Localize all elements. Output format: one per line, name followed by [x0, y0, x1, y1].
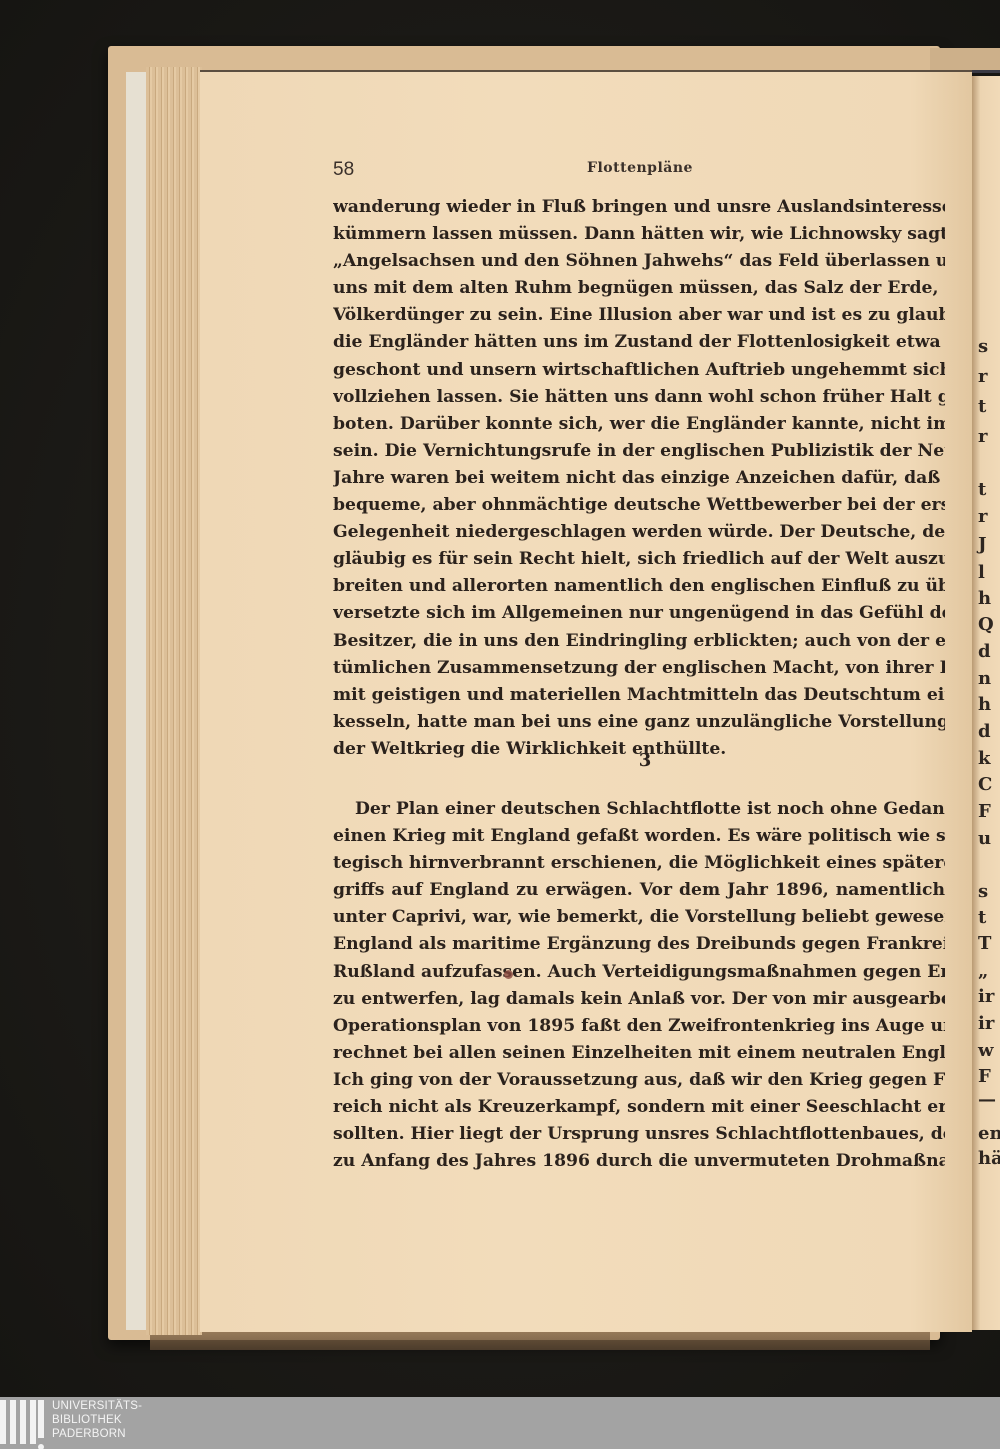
adjacent-page-fragment: h	[978, 694, 991, 715]
text-line: zu Anfang des Jahres 1896 durch die unve…	[333, 1148, 945, 1175]
text-line: boten. Darüber konnte sich, wer die Engl…	[333, 411, 945, 438]
text-line: vollziehen lassen. Sie hätten uns dann w…	[333, 384, 945, 411]
adjacent-page-fragment: d	[978, 721, 991, 742]
adjacent-page-fragment: r	[978, 506, 987, 527]
text-line: Der Plan einer deutschen Schlachtflotte …	[333, 796, 945, 823]
adjacent-page-fragment: t	[978, 396, 986, 417]
adjacent-page-gutter: srtrtrJlhQdnhdkCFustT„irirwF—enhä	[972, 76, 1000, 1330]
text-line: wanderung wieder in Fluß bringen und uns…	[333, 194, 945, 221]
text-line: griffs auf England zu erwägen. Vor dem J…	[333, 877, 945, 904]
text-line: Besitzer, die in uns den Eindringling er…	[333, 628, 945, 655]
section-number: 3	[620, 750, 670, 771]
endpaper	[126, 72, 148, 1330]
adjacent-page-fragment: r	[978, 426, 987, 447]
text-line: England als maritime Ergänzung des Dreib…	[333, 931, 945, 958]
text-line: Gelegenheit niedergeschlagen werden würd…	[333, 519, 945, 546]
text-line: reich nicht als Kreuzerkampf, sondern mi…	[333, 1094, 945, 1121]
adjacent-page-fragment: en	[978, 1123, 1000, 1144]
text-line: breiten und allerorten namentlich den en…	[333, 573, 945, 600]
adjacent-page-fragment: r	[978, 366, 987, 387]
adjacent-page-fragment: F	[978, 1066, 991, 1087]
adjacent-page-fragment: k	[978, 748, 990, 769]
text-line: sollten. Hier liegt der Ursprung unsres …	[333, 1121, 945, 1148]
paragraph-2: Der Plan einer deutschen Schlachtflotte …	[333, 796, 945, 1175]
text-line: zu entwerfen, lag damals kein Anlaß vor.…	[333, 986, 945, 1013]
text-line: tümlichen Zusammensetzung der englischen…	[333, 655, 945, 682]
library-name-line-1: UNIVERSITÄTS-	[52, 1399, 142, 1413]
adjacent-page-fragment: s	[978, 336, 988, 357]
adjacent-page-fragment: l	[978, 562, 985, 583]
text-line: Rußland aufzufassen. Auch Verteidigungsm…	[333, 959, 945, 986]
text-line: einen Krieg mit England gefaßt worden. E…	[333, 823, 945, 850]
footer-bar: UNIVERSITÄTS- BIBLIOTHEK PADERBORN	[0, 1397, 1000, 1449]
text-line: tegisch hirnverbrannt erschienen, die Mö…	[333, 850, 945, 877]
text-line: versetzte sich im Allgemeinen nur ungenü…	[333, 600, 945, 627]
text-line: rechnet bei allen seinen Einzelheiten mi…	[333, 1040, 945, 1067]
adjacent-page-fragment: J	[978, 534, 987, 555]
text-line: „Angelsachsen und den Söhnen Jahwehs“ da…	[333, 248, 945, 275]
paragraph-1: wanderung wieder in Fluß bringen und uns…	[333, 194, 945, 763]
book-bottom-edge	[150, 1330, 930, 1350]
library-name-line-3: PADERBORN	[52, 1427, 142, 1441]
adjacent-page-fragment: n	[978, 668, 991, 689]
page-edges	[146, 67, 202, 1335]
adjacent-page-fragment: ir	[978, 986, 994, 1007]
adjacent-page-fragment: hä	[978, 1148, 1000, 1169]
adjacent-page-fragment: h	[978, 588, 991, 609]
text-line: kesseln, hatte man bei uns eine ganz unz…	[333, 709, 945, 736]
paper-stain	[504, 970, 513, 979]
running-head: Flottenpläne	[560, 160, 720, 176]
adjacent-page-fragment: ir	[978, 1013, 994, 1034]
adjacent-page-fragment: Q	[978, 614, 994, 635]
text-line: Operationsplan von 1895 faßt den Zweifro…	[333, 1013, 945, 1040]
text-line: die Engländer hätten uns im Zustand der …	[333, 329, 945, 356]
text-line: sein. Die Vernichtungsrufe in der englis…	[333, 438, 945, 465]
text-line: Völkerdünger zu sein. Eine Illusion aber…	[333, 302, 945, 329]
text-line: bequeme, aber ohnmächtige deutsche Wettb…	[333, 492, 945, 519]
text-line: mit geistigen und materiellen Machtmitte…	[333, 682, 945, 709]
adjacent-page-fragment: T	[978, 933, 991, 954]
library-logo-icon	[0, 1400, 46, 1446]
adjacent-page-fragment: t	[978, 907, 986, 928]
text-line: gläubig es für sein Recht hielt, sich fr…	[333, 546, 945, 573]
page-number: 58	[333, 159, 354, 181]
adjacent-page-fragment: u	[978, 828, 991, 849]
text-line: unter Caprivi, war, wie bemerkt, die Vor…	[333, 904, 945, 931]
text-line: kümmern lassen müssen. Dann hätten wir, …	[333, 221, 945, 248]
text-line: geschont und unsern wirtschaftlichen Auf…	[333, 357, 945, 384]
adjacent-page-fragment: d	[978, 641, 991, 662]
library-name: UNIVERSITÄTS- BIBLIOTHEK PADERBORN	[52, 1399, 142, 1441]
text-line: Jahre waren bei weitem nicht das einzige…	[333, 465, 945, 492]
text-line: uns mit dem alten Ruhm begnügen müssen, …	[333, 275, 945, 302]
text-line: Ich ging von der Voraussetzung aus, daß …	[333, 1067, 945, 1094]
adjacent-page-fragment: F	[978, 801, 991, 822]
adjacent-page-fragment: w	[978, 1040, 994, 1061]
adjacent-page-fragment: s	[978, 881, 988, 902]
adjacent-page-fragment: C	[978, 774, 992, 795]
adjacent-page-fragment: „	[978, 961, 988, 982]
adjacent-page-fragment: t	[978, 479, 986, 500]
adjacent-page-fragment: —	[978, 1089, 996, 1110]
library-name-line-2: BIBLIOTHEK	[52, 1413, 142, 1427]
